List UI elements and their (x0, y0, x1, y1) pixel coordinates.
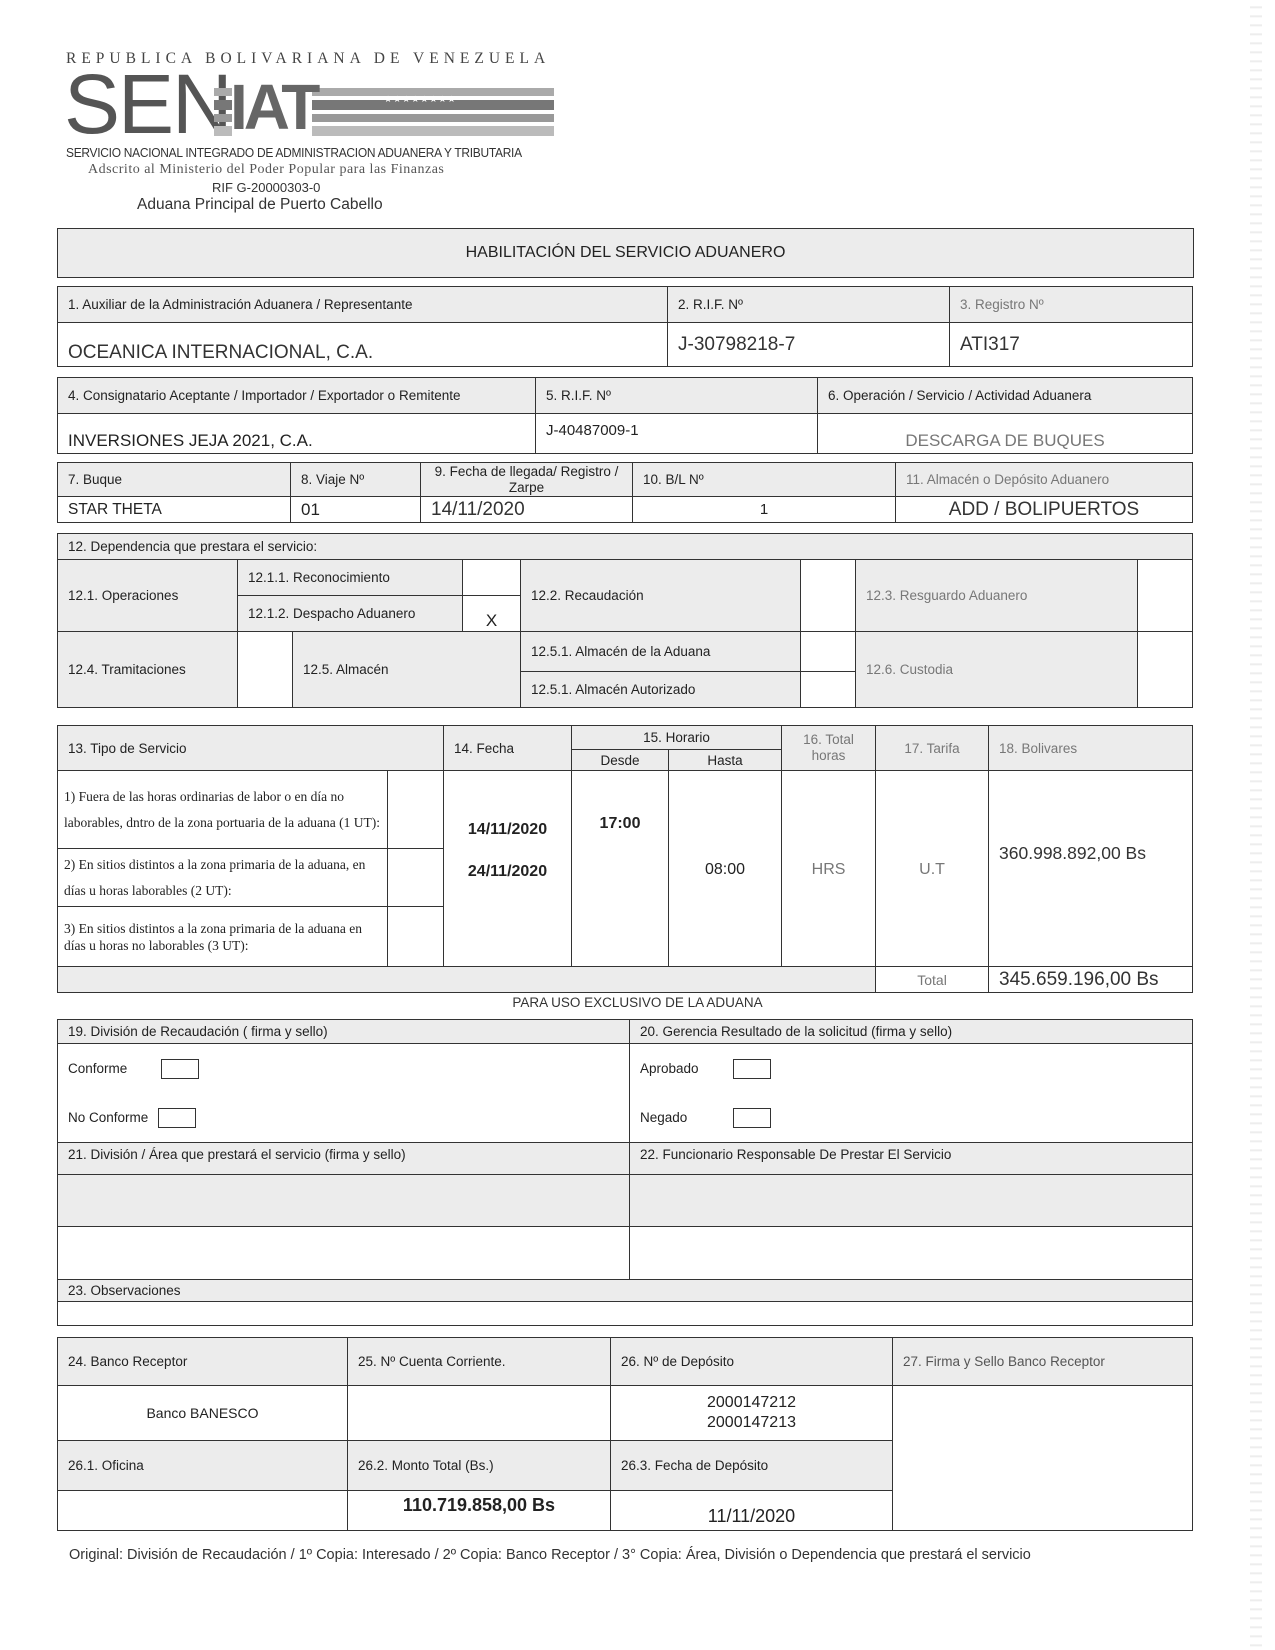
conforme-row: Conforme (68, 1044, 619, 1093)
desde-label: Desde (572, 750, 669, 771)
f7-label: 7. Buque (58, 463, 291, 497)
almacen-aduana-check[interactable] (801, 632, 856, 672)
aprobado-checkbox[interactable] (733, 1059, 771, 1079)
section12-title: 12. Dependencia que prestara el servicio… (58, 534, 1193, 560)
scan-artifact (1250, 0, 1262, 1650)
f20-label: 20. Gerencia Resultado de la solicitud (… (630, 1020, 1193, 1044)
adscrito-text: Adscrito al Ministerio del Poder Popular… (88, 162, 444, 178)
observaciones-field[interactable] (58, 1302, 1193, 1326)
f27-label: 27. Firma y Sello Banco Receptor (893, 1338, 1193, 1386)
fechas-cell: 14/11/2020 24/11/2020 (444, 771, 572, 967)
f261-label: 26.1. Oficina (58, 1441, 348, 1491)
almacen-aduana-label: 12.5.1. Almacén de la Aduana (521, 632, 801, 672)
section-aduana: 19. División de Recaudación ( firma y se… (57, 1019, 1193, 1326)
fecha-1[interactable]: 14/11/2020 (454, 809, 561, 851)
stars-icon: ★★★★★★★★ (384, 94, 457, 105)
despacho-label: 12.1.2. Despacho Aduanero (238, 596, 463, 632)
f24-value[interactable]: Banco BANESCO (58, 1386, 348, 1441)
bolivares-label: 18. Bolivares (989, 726, 1193, 771)
no-conforme-checkbox[interactable] (158, 1108, 196, 1128)
f26-value-1[interactable]: 2000147212 (621, 1393, 882, 1413)
f10-value[interactable]: 1 (633, 497, 896, 523)
logo-suffix: IAT (230, 74, 316, 140)
copies-footer: Original: División de Recaudación / 1º C… (69, 1547, 1031, 1563)
deposit-numbers: 2000147212 2000147213 (611, 1386, 893, 1441)
almacen-autorizado-label: 12.5.1. Almacén Autorizado (521, 672, 801, 708)
despacho-check[interactable]: X (463, 596, 521, 632)
custodia-label: 12.6. Custodia (856, 632, 1138, 708)
desde-value[interactable]: 17:00 (572, 771, 669, 967)
f27-signature-area[interactable] (893, 1386, 1193, 1531)
tramitaciones-check[interactable] (238, 632, 293, 708)
tipo-3-value[interactable] (388, 907, 444, 967)
f262-value[interactable]: 110.719.858,00 Bs (348, 1491, 611, 1531)
section-representante: 1. Auxiliar de la Administración Aduaner… (57, 286, 1193, 367)
f9-value[interactable]: 14/11/2020 (421, 497, 633, 523)
reconocimiento-label: 12.1.1. Reconocimiento (238, 560, 463, 596)
f2-value[interactable]: J-30798218-7 (668, 323, 950, 367)
recaudacion-check[interactable] (801, 560, 856, 632)
tramitaciones-label: 12.4. Tramitaciones (58, 632, 238, 708)
total-horas-label: 16. Total horas (782, 726, 876, 771)
hasta-value[interactable]: 08:00 (669, 771, 782, 967)
f4-value[interactable]: INVERSIONES JEJA 2021, C.A. (58, 414, 536, 454)
custodia-check[interactable] (1138, 632, 1193, 708)
f262-label: 26.2. Monto Total (Bs.) (348, 1441, 611, 1491)
section-dependencia: 12. Dependencia que prestara el servicio… (57, 533, 1193, 708)
f3-label: 3. Registro Nº (950, 287, 1193, 323)
tipo-1: 1) Fuera de las horas ordinarias de labo… (58, 771, 388, 849)
f22-label: 22. Funcionario Responsable De Prestar E… (630, 1143, 1193, 1175)
f23-label: 23. Observaciones (58, 1280, 1193, 1302)
f6-label: 6. Operación / Servicio / Actividad Adua… (818, 378, 1193, 414)
total-spacer (58, 967, 876, 993)
f8-value[interactable]: 01 (291, 497, 421, 523)
f11-value[interactable]: ADD / BOLIPUERTOS (896, 497, 1193, 523)
uso-exclusivo-heading: PARA USO EXCLUSIVO DE LA ADUANA (0, 995, 1275, 1010)
f10-label: 10. B/L Nº (633, 463, 896, 497)
aprobado-label: Aprobado (640, 1061, 699, 1076)
f19-label: 19. División de Recaudación ( firma y se… (58, 1020, 630, 1044)
rif-text: RIF G-20000303-0 (212, 180, 320, 195)
f9-label: 9. Fecha de llegada/ Registro / Zarpe (421, 463, 633, 497)
almacen-autorizado-check[interactable] (801, 672, 856, 708)
aprobado-row: Aprobado (640, 1044, 1182, 1093)
f263-value[interactable]: 11/11/2020 (611, 1491, 893, 1531)
f26-value-2[interactable]: 2000147213 (621, 1413, 882, 1433)
section-buque: 7. Buque 8. Viaje Nº 9. Fecha de llegada… (57, 462, 1193, 523)
f5-label: 5. R.I.F. Nº (536, 378, 818, 414)
almacen-label: 12.5. Almacén (293, 632, 521, 708)
tipo-label: 13. Tipo de Servicio (58, 726, 444, 771)
f1-label: 1. Auxiliar de la Administración Aduaner… (58, 287, 668, 323)
resguardo-check[interactable] (1138, 560, 1193, 632)
f11-label: 11. Almacén o Depósito Aduanero (896, 463, 1193, 497)
f22-signature-area[interactable] (630, 1175, 1193, 1227)
f21-label: 21. División / Área que prestará el serv… (58, 1143, 630, 1175)
no-conforme-row: No Conforme (68, 1093, 619, 1142)
form-title: HABILITACIÓN DEL SERVICIO ADUANERO (57, 228, 1194, 278)
f6-value[interactable]: DESCARGA DE BUQUES (818, 414, 1193, 454)
f7-value[interactable]: STAR THETA (58, 497, 291, 523)
horario-label: 15. Horario (572, 726, 782, 750)
seniat-logo: SEN IAT ★★★★★★★★ (64, 70, 494, 142)
section-tipo-servicio: 13. Tipo de Servicio 14. Fecha 15. Horar… (57, 725, 1193, 993)
negado-checkbox[interactable] (733, 1108, 771, 1128)
f26-label: 26. Nº de Depósito (611, 1338, 893, 1386)
f21-signature-area[interactable] (58, 1175, 630, 1227)
f263-label: 26.3. Fecha de Depósito (611, 1441, 893, 1491)
fecha-label: 14. Fecha (444, 726, 572, 771)
f24-label: 24. Banco Receptor (58, 1338, 348, 1386)
conforme-label: Conforme (68, 1061, 127, 1076)
tipo-2: 2) En sitios distintos a la zona primari… (58, 849, 388, 907)
f3-value[interactable]: ATI317 (950, 323, 1193, 367)
tipo-1-value[interactable] (388, 771, 444, 849)
fecha-2[interactable]: 24/11/2020 (454, 851, 561, 893)
f25-value[interactable] (348, 1386, 611, 1441)
section-consignatario: 4. Consignatario Aceptante / Importador … (57, 377, 1193, 454)
aduana-name: Aduana Principal de Puerto Cabello (137, 196, 383, 214)
recaudacion-label: 12.2. Recaudación (521, 560, 801, 632)
f22-signature-area-2[interactable] (630, 1227, 1193, 1280)
conforme-checkbox[interactable] (161, 1059, 199, 1079)
logo-text: SEN (64, 62, 231, 146)
tarifa-label: 17. Tarifa (876, 726, 989, 771)
hasta-label: Hasta (669, 750, 782, 771)
tipo-3: 3) En sitios distintos a la zona primari… (58, 907, 388, 967)
total-value[interactable]: 345.659.196,00 Bs (989, 967, 1193, 993)
f5-value[interactable]: J-40487009-1 (536, 414, 818, 454)
total-label: Total (876, 967, 989, 993)
reconocimiento-check[interactable] (463, 560, 521, 596)
tarifa-value[interactable]: U.T (876, 771, 989, 967)
f261-value[interactable] (58, 1491, 348, 1531)
f8-label: 8. Viaje Nº (291, 463, 421, 497)
f4-label: 4. Consignatario Aceptante / Importador … (58, 378, 536, 414)
no-conforme-label: No Conforme (68, 1110, 148, 1125)
f2-label: 2. R.I.F. Nº (668, 287, 950, 323)
f21-signature-area-2[interactable] (58, 1227, 630, 1280)
f1-value[interactable]: OCEANICA INTERNACIONAL, C.A. (58, 323, 668, 367)
operaciones-label: 12.1. Operaciones (58, 560, 238, 632)
bolivares-value[interactable]: 360.998.892,00 Bs (989, 771, 1193, 967)
negado-row: Negado (640, 1093, 1182, 1142)
f25-label: 25. Nº Cuenta Corriente. (348, 1338, 611, 1386)
section-banco: 24. Banco Receptor 25. Nº Cuenta Corrien… (57, 1337, 1193, 1531)
negado-label: Negado (640, 1110, 687, 1125)
resguardo-label: 12.3. Resguardo Aduanero (856, 560, 1138, 632)
total-horas-value[interactable]: HRS (782, 771, 876, 967)
tipo-2-value[interactable] (388, 849, 444, 907)
servicio-nacional: SERVICIO NACIONAL INTEGRADO DE ADMINISTR… (66, 145, 522, 160)
